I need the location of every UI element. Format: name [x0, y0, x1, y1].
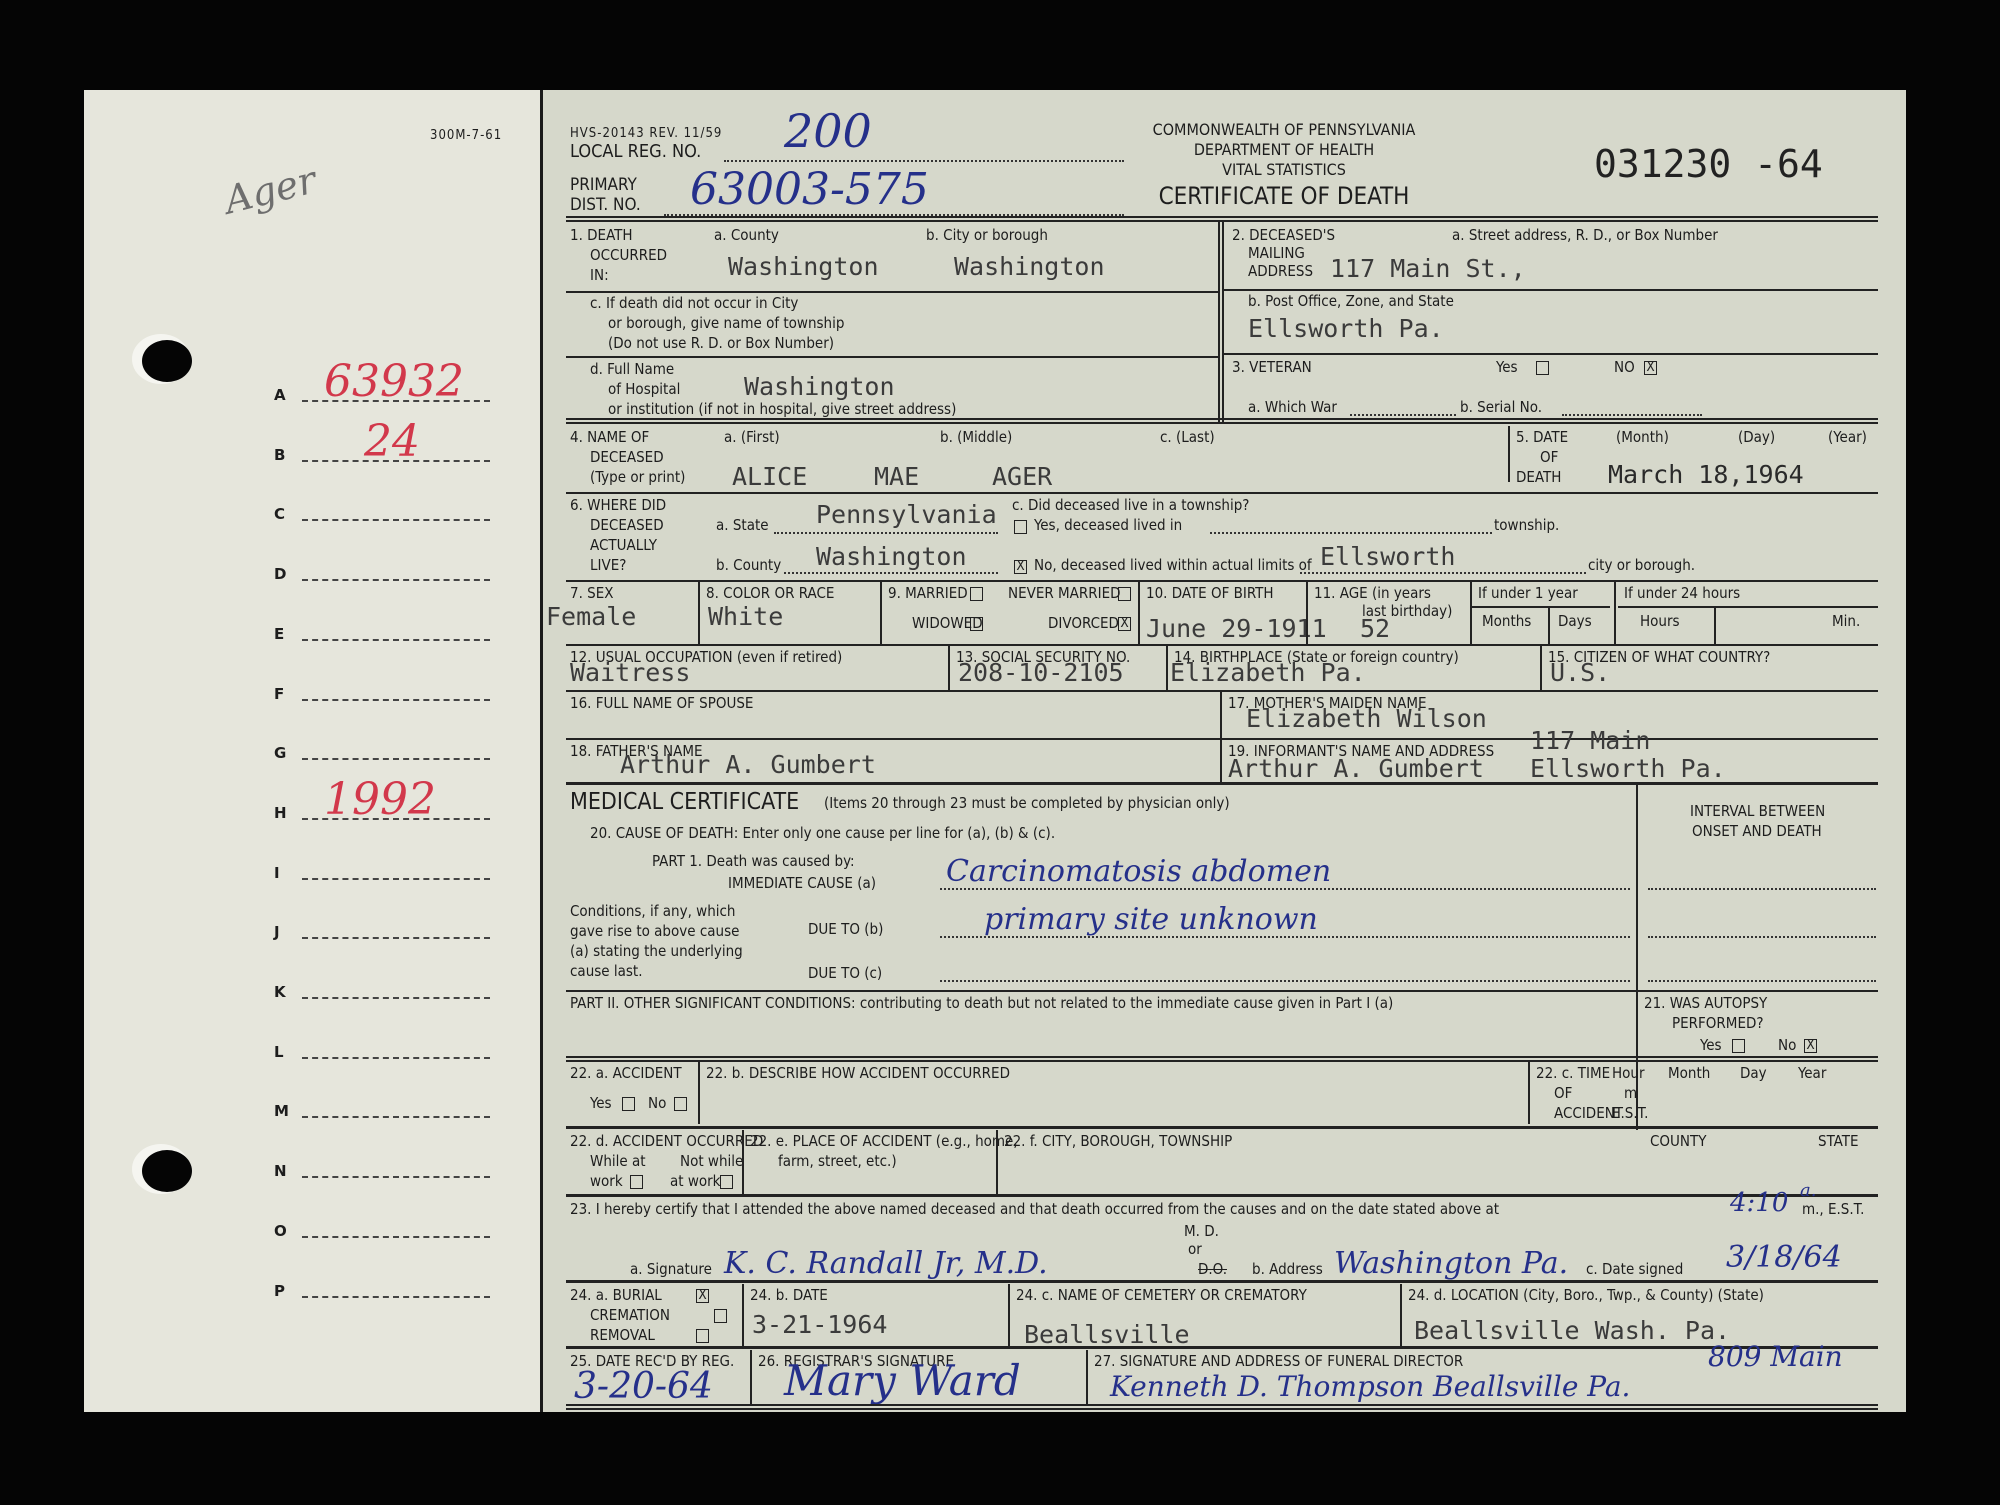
item1-city-value: Washington: [954, 252, 1105, 281]
time-of-death-value: 4:10: [1730, 1188, 1788, 1218]
stub-line: [302, 639, 490, 641]
interval-c-line: [1648, 980, 1876, 982]
item9-divorced: DIVORCED: [1048, 614, 1119, 633]
medical-certificate-title: MEDICAL CERTIFICATE: [570, 788, 799, 816]
conditions-label-1: Conditions, if any, which: [570, 902, 735, 921]
accident-no-checkbox[interactable]: [674, 1097, 687, 1111]
stub-row-c: C: [84, 505, 540, 535]
cemetery-value: Beallsville: [1024, 1320, 1190, 1349]
occupation-value: Waitress: [570, 658, 690, 687]
time-of-accident-label-1: 22. c. TIME: [1536, 1064, 1610, 1083]
stub-letter: E: [274, 625, 284, 643]
divider: [742, 1130, 744, 1194]
item6-label-1: 6. WHERE DID: [570, 496, 666, 515]
time-day-label: Day: [1740, 1064, 1767, 1083]
immediate-cause-label: IMMEDIATE CAUSE (a): [728, 874, 876, 893]
rule: [566, 690, 1878, 692]
veteran-no-checkbox[interactable]: X: [1644, 361, 1657, 375]
item4-label-3: (Type or print): [590, 468, 685, 487]
county-line: [784, 572, 998, 574]
item1-county-label: a. County: [714, 226, 779, 245]
time-month-label: Month: [1668, 1064, 1710, 1083]
item1-hospital-label-1: d. Full Name: [590, 360, 674, 379]
divider: [1306, 582, 1308, 644]
cause-of-death-label: 20. CAUSE OF DEATH: Enter only one cause…: [590, 824, 1055, 843]
not-while-at-work-label-2: at work: [670, 1172, 721, 1191]
or-label: or: [1188, 1240, 1202, 1259]
residence-county-value: Washington: [816, 542, 967, 571]
local-reg-label: LOCAL REG. NO.: [570, 142, 701, 161]
divider: [1008, 1284, 1010, 1346]
stub-line: [302, 937, 490, 939]
divider: [698, 1062, 700, 1124]
item5-label-2: OF: [1540, 448, 1558, 467]
physician-signature: K. C. Randall Jr, M.D.: [724, 1246, 1048, 1281]
conditions-label-4: cause last.: [570, 962, 643, 981]
item9-married: 9. MARRIED: [888, 584, 968, 603]
while-at-work-label-2: work: [590, 1172, 623, 1191]
item6-county-label: b. County: [716, 556, 781, 575]
divider: [1400, 1284, 1402, 1346]
rule: [566, 644, 1878, 646]
section-rule: [566, 418, 1878, 424]
stub-row-p: P: [84, 1282, 540, 1312]
item3-no-label: NO: [1614, 358, 1635, 377]
rule: [566, 738, 1878, 740]
autopsy-no-checkbox[interactable]: X: [1804, 1039, 1817, 1053]
divider: [1086, 1350, 1088, 1406]
divider: [1470, 582, 1472, 644]
stub-letter: C: [274, 505, 285, 523]
due-to-c-label: DUE TO (c): [808, 964, 882, 983]
location-value: Beallsville Wash. Pa.: [1414, 1316, 1730, 1345]
rule: [566, 291, 1218, 293]
rule: [566, 1346, 1878, 1349]
veteran-yes-checkbox[interactable]: [1536, 361, 1549, 375]
item11-days: Days: [1558, 612, 1592, 631]
stub-value-a: 63932: [324, 356, 464, 407]
time-m-label: m: [1624, 1084, 1637, 1103]
item5-day-label: (Day): [1738, 428, 1775, 447]
rule: [1618, 606, 1878, 608]
stub-line: [302, 1057, 490, 1059]
deceased-middle-name: MAE: [874, 462, 919, 491]
item4-middle-label: b. (Middle): [940, 428, 1012, 447]
date-of-birth-value: June 29-1911: [1146, 614, 1327, 643]
item2-label-2: MAILING: [1248, 244, 1305, 263]
age-value: 52: [1360, 614, 1390, 643]
rule: [566, 782, 1878, 785]
accident-label: 22. a. ACCIDENT: [570, 1064, 682, 1083]
rule: [566, 580, 1878, 582]
item6-label-3: ACTUALLY: [590, 536, 657, 555]
interval-label-2: ONSET AND DEATH: [1692, 822, 1822, 841]
stub-letter: A: [274, 386, 286, 404]
accident-yes-label: Yes: [590, 1094, 612, 1113]
physician-address-value: Washington Pa.: [1334, 1246, 1568, 1281]
local-reg-value: 200: [784, 104, 872, 158]
place-of-accident-label-1: 22. e. PLACE OF ACCIDENT (e.g., home,: [750, 1132, 1018, 1151]
primary-dist-label-2: DIST. NO.: [570, 196, 641, 215]
stub-row-j: J: [84, 923, 540, 953]
residence-state-value: Pennsylvania: [816, 500, 997, 529]
item6-no-suffix: city or borough.: [1588, 556, 1695, 575]
punch-hole-top: [142, 340, 192, 382]
item2-label-1: 2. DECEASED'S: [1232, 226, 1335, 245]
medical-certificate-subtitle: (Items 20 through 23 must be completed b…: [824, 794, 1230, 813]
immediate-cause-value: Carcinomatosis abdomen: [946, 854, 1331, 889]
divider: [1548, 608, 1550, 644]
stub-row-i: I: [84, 864, 540, 894]
agency-line-2: DEPARTMENT OF HEALTH: [1054, 140, 1514, 160]
stub-letter: P: [274, 1282, 285, 1300]
item1-township-label-1: c. If death did not occur in City: [590, 294, 798, 313]
autopsy-yes-checkbox[interactable]: [1732, 1039, 1745, 1053]
item11-under1: If under 1 year: [1478, 584, 1578, 603]
stub-row-d: D: [84, 565, 540, 595]
divider: [996, 1130, 998, 1194]
cremation-label: CREMATION: [590, 1306, 670, 1325]
stub-letter: J: [274, 923, 280, 941]
stub-margin: 300M-7-61 Ager A63932B24CDEFGH1992IJKLMN…: [84, 90, 540, 1412]
item3-label: 3. VETERAN: [1232, 358, 1312, 377]
divider: [1540, 646, 1542, 690]
burial-checkbox[interactable]: X: [696, 1289, 709, 1303]
time-est-label: E.S.T.: [1612, 1104, 1648, 1123]
item1-label-2: OCCURRED: [590, 246, 667, 265]
stub-letter: K: [274, 983, 286, 1001]
item1-county-value: Washington: [728, 252, 879, 281]
informant-address-line-1: 117 Main: [1530, 726, 1650, 755]
item1-label-3: IN:: [590, 266, 609, 285]
stub-row-b: B24: [84, 446, 540, 476]
stub-letter: H: [274, 804, 287, 822]
informant-address-line-2: Ellsworth Pa.: [1530, 754, 1726, 783]
date-signed-value: 3/18/64: [1726, 1240, 1842, 1275]
stub-row-k: K: [84, 983, 540, 1013]
stub-row-o: O: [84, 1222, 540, 1252]
conditions-label-2: gave rise to above cause: [570, 922, 739, 941]
rule: [566, 990, 1878, 992]
due-to-c-line: [940, 980, 1630, 982]
rule: [566, 492, 1878, 494]
certify-statement: 23. I hereby certify that I attended the…: [570, 1200, 1499, 1219]
divider: [698, 582, 700, 644]
item2-post-office-label: b. Post Office, Zone, and State: [1248, 292, 1454, 311]
stub-row-n: N: [84, 1162, 540, 1192]
interval-b-line: [1648, 936, 1876, 938]
primary-dist-label-1: PRIMARY: [570, 176, 637, 195]
stub-line: [302, 1296, 490, 1298]
item6-no-text: No, deceased lived within actual limits …: [1034, 556, 1312, 575]
stub-line: [302, 1236, 490, 1238]
item7-label: 7. SEX: [570, 584, 614, 603]
married-checkbox[interactable]: [970, 587, 983, 601]
describe-accident-label: 22. b. DESCRIBE HOW ACCIDENT OCCURRED: [706, 1064, 1010, 1083]
item6-label-4: LIVE?: [590, 556, 626, 575]
pencil-surname-note: Ager: [220, 157, 320, 222]
removal-checkbox[interactable]: [696, 1329, 709, 1343]
item4-label-1: 4. NAME OF: [570, 428, 649, 447]
while-at-work-label-1: While at: [590, 1152, 646, 1171]
stub-letter: M: [274, 1102, 289, 1120]
father-name-value: Arthur A. Gumbert: [620, 750, 876, 779]
rule: [1224, 353, 1878, 355]
removal-label: REMOVAL: [590, 1326, 655, 1345]
document-title: CERTIFICATE OF DEATH: [1054, 182, 1514, 210]
item2-street-label: a. Street address, R. D., or Box Number: [1452, 226, 1718, 245]
stub-divider: [540, 90, 543, 1412]
stub-line: [302, 579, 490, 581]
race-value: White: [708, 602, 783, 631]
agency-name: COMMONWEALTH OF PENNSYLVANIA DEPARTMENT …: [1054, 120, 1514, 180]
time-of-accident-label-2: OF: [1554, 1084, 1572, 1103]
city-line: [1300, 572, 1586, 574]
funeral-director-address-1: 809 Main: [1708, 1340, 1843, 1373]
item2-label-3: ADDRESS: [1248, 262, 1313, 281]
not-while-at-work-label-1: Not while: [680, 1152, 743, 1171]
stub-line: [302, 699, 490, 701]
autopsy-label-2: PERFORMED?: [1672, 1014, 1764, 1033]
item9-never-married: NEVER MARRIED: [1008, 584, 1121, 603]
not-while-at-work-checkbox[interactable]: [720, 1175, 733, 1189]
item16-label: 16. FULL NAME OF SPOUSE: [570, 694, 753, 713]
accident-county-label: COUNTY: [1650, 1132, 1707, 1151]
cemetery-label: 24. c. NAME OF CEMETERY OR CREMATORY: [1016, 1286, 1307, 1305]
registrar-signature: Mary Ward: [784, 1356, 1021, 1405]
widowed-checkbox[interactable]: [970, 617, 983, 631]
war-line: [1350, 414, 1456, 416]
divorced-checkbox[interactable]: X: [1118, 617, 1131, 631]
physician-address-label: b. Address: [1252, 1260, 1323, 1279]
certificate-paper: 300M-7-61 Ager A63932B24CDEFGH1992IJKLMN…: [84, 90, 1906, 1412]
item8-label: 8. COLOR OR RACE: [706, 584, 834, 603]
item1-city-label: b. City or borough: [926, 226, 1048, 245]
stub-line: [302, 1176, 490, 1178]
rule: [566, 1194, 1878, 1197]
accident-yes-checkbox[interactable]: [622, 1097, 635, 1111]
part2-label: PART II. OTHER SIGNIFICANT CONDITIONS: c…: [570, 994, 1393, 1013]
divider: [1714, 608, 1716, 644]
sex-value: Female: [546, 602, 636, 631]
item3-yes-label: Yes: [1496, 358, 1518, 377]
autopsy-label-1: 21. WAS AUTOPSY: [1644, 994, 1767, 1013]
bottom-rule: [566, 1404, 1878, 1410]
township-line: [1210, 532, 1492, 534]
divider: [1220, 692, 1222, 782]
col-divider-1-2: [1218, 222, 1224, 422]
divider: [1508, 426, 1510, 482]
divider: [1614, 582, 1616, 644]
item4-last-label: c. (Last): [1160, 428, 1215, 447]
item11-label-1: 11. AGE (in years: [1314, 584, 1431, 603]
item6-township-question: c. Did deceased live in a township?: [1012, 496, 1249, 515]
due-to-b-value: primary site unknown: [984, 902, 1318, 937]
location-label: 24. d. LOCATION (City, Boro., Twp., & Co…: [1408, 1286, 1764, 1305]
item6-state-label: a. State: [716, 516, 769, 535]
stub-row-a: A63932: [84, 386, 540, 416]
divider: [742, 1284, 744, 1346]
item10-label: 10. DATE OF BIRTH: [1146, 584, 1274, 603]
residence-city-value: Ellsworth: [1320, 542, 1455, 571]
citizenship-value: U.S.: [1550, 658, 1610, 687]
item11-min: Min.: [1832, 612, 1860, 631]
item11-months: Months: [1482, 612, 1531, 631]
divider: [948, 646, 950, 690]
accident-occurred-label: 22. d. ACCIDENT OCCURRED: [570, 1132, 763, 1151]
item1-label-1: 1. DEATH: [570, 226, 633, 245]
divider: [1528, 1062, 1530, 1124]
state-line: [774, 532, 998, 534]
deceased-first-name: ALICE: [732, 462, 807, 491]
accident-no-label: No: [648, 1094, 666, 1113]
stub-line: [302, 1116, 490, 1118]
stub-letter: B: [274, 446, 285, 464]
item11-hours: Hours: [1640, 612, 1680, 631]
place-of-accident-label-2: farm, street, etc.): [778, 1152, 897, 1171]
mother-maiden-name-value: Elizabeth Wilson: [1246, 704, 1487, 733]
divider: [1138, 582, 1140, 644]
township-no-checkbox[interactable]: X: [1014, 560, 1027, 574]
item3-serial-label: b. Serial No.: [1460, 398, 1542, 417]
due-to-b-label: DUE TO (b): [808, 920, 883, 939]
autopsy-yes-label: Yes: [1700, 1036, 1722, 1055]
time-hour-label: Hour: [1612, 1064, 1645, 1083]
item11-under24: If under 24 hours: [1624, 584, 1740, 603]
primary-dist-value: 63003-575: [690, 164, 929, 215]
ampm-value: a.: [1800, 1180, 1816, 1201]
ssn-value: 208-10-2105: [958, 658, 1124, 687]
date-signed-label: c. Date signed: [1586, 1260, 1683, 1279]
accident-city-label: 22. f. CITY, BOROUGH, TOWNSHIP: [1004, 1132, 1232, 1151]
divider: [880, 582, 882, 644]
stub-row-m: M: [84, 1102, 540, 1132]
divider: [1166, 646, 1168, 690]
certificate-number: 031230 -64: [1594, 142, 1823, 186]
item6-yes-text: Yes, deceased lived in: [1034, 516, 1182, 535]
section-rule: [566, 1056, 1878, 1062]
md-label: M. D.: [1184, 1222, 1219, 1241]
accident-state-label: STATE: [1818, 1132, 1858, 1151]
item1-township-label-3: (Do not use R. D. or Box Number): [608, 334, 834, 353]
stub-line: [302, 878, 490, 880]
divider: [750, 1350, 752, 1406]
stub-row-l: L: [84, 1043, 540, 1073]
time-year-label: Year: [1798, 1064, 1826, 1083]
informant-name-value: Arthur A. Gumbert: [1228, 754, 1484, 783]
stub-row-g: G: [84, 744, 540, 774]
stub-value-h: 1992: [324, 774, 436, 825]
item2-street-value: 117 Main St.,: [1330, 254, 1526, 283]
item6-yes-suffix: township.: [1494, 516, 1559, 535]
rule: [1224, 289, 1878, 291]
rule: [1470, 606, 1610, 608]
stub-form-code: 300M-7-61: [430, 126, 502, 145]
interval-a-line: [1648, 888, 1876, 890]
autopsy-no-label: No: [1778, 1036, 1796, 1055]
never-married-checkbox[interactable]: [1118, 587, 1131, 601]
burial-date-value: 3-21-1964: [752, 1310, 887, 1339]
burial-date-label: 24. b. DATE: [750, 1286, 828, 1305]
stub-line: [302, 519, 490, 521]
stub-row-h: H1992: [84, 804, 540, 834]
item1-township-label-2: or borough, give name of township: [608, 314, 844, 333]
item1-hospital-label-2: of Hospital: [608, 380, 680, 399]
agency-line-3: VITAL STATISTICS: [1054, 160, 1514, 180]
funeral-director-label: 27. SIGNATURE AND ADDRESS OF FUNERAL DIR…: [1094, 1352, 1463, 1371]
while-at-work-checkbox[interactable]: [630, 1175, 643, 1189]
deceased-last-name: AGER: [992, 462, 1052, 491]
item4-first-label: a. (First): [724, 428, 780, 447]
item4-label-2: DECEASED: [590, 448, 664, 467]
stub-letter: N: [274, 1162, 287, 1180]
township-yes-checkbox[interactable]: [1014, 520, 1027, 534]
stub-row-e: E: [84, 625, 540, 655]
stub-letter: O: [274, 1222, 287, 1240]
part1-label: PART 1. Death was caused by:: [652, 852, 855, 871]
stub-line: [302, 758, 490, 760]
item6-label-2: DECEASED: [590, 516, 664, 535]
rule: [566, 356, 1218, 358]
item5-year-label: (Year): [1828, 428, 1867, 447]
time-suffix: m., E.S.T.: [1802, 1200, 1864, 1219]
conditions-label-3: (a) stating the underlying: [570, 942, 743, 961]
stub-letter: F: [274, 685, 284, 703]
funeral-director-signature: Kenneth D. Thompson Beallsville Pa.: [1110, 1370, 1630, 1403]
item2-post-office-value: Ellsworth Pa.: [1248, 314, 1444, 343]
rule: [566, 1126, 1878, 1129]
burial-label: 24. a. BURIAL: [570, 1286, 662, 1305]
interval-label-1: INTERVAL BETWEEN: [1690, 802, 1825, 821]
item5-label-1: 5. DATE: [1516, 428, 1568, 447]
stub-line: [302, 997, 490, 999]
item5-month-label: (Month): [1616, 428, 1669, 447]
rule: [566, 1280, 1878, 1283]
item3-war-label: a. Which War: [1248, 398, 1337, 417]
stub-value-b: 24: [364, 416, 420, 467]
agency-line-1: COMMONWEALTH OF PENNSYLVANIA: [1054, 120, 1514, 140]
stub-letter: D: [274, 565, 286, 583]
item1-hospital-value: Washington: [744, 372, 895, 401]
cremation-checkbox[interactable]: [714, 1309, 727, 1323]
signature-label: a. Signature: [630, 1260, 712, 1279]
date-received-value: 3-20-64: [574, 1366, 713, 1407]
stub-letter: G: [274, 744, 286, 762]
stub-letter: I: [274, 864, 280, 882]
serial-line: [1562, 414, 1702, 416]
item5-label-3: DEATH: [1516, 468, 1561, 487]
stub-row-f: F: [84, 685, 540, 715]
item1-hospital-label-3: or institution (if not in hospital, give…: [608, 400, 956, 419]
birthplace-value: Elizabeth Pa.: [1170, 658, 1366, 687]
do-label: D.O.: [1198, 1260, 1227, 1279]
date-of-death-value: March 18,1964: [1608, 460, 1804, 489]
stub-letter: L: [274, 1043, 284, 1061]
